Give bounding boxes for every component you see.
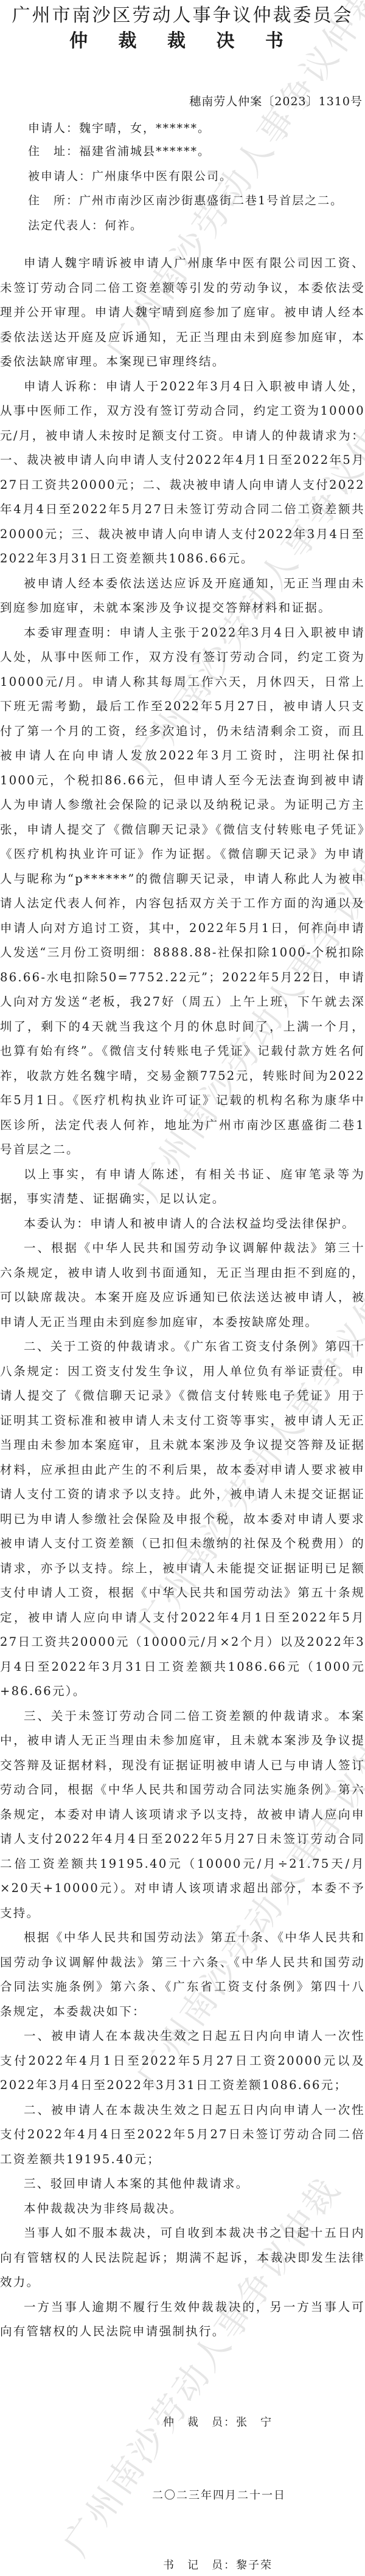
ruling-item-1: 一、被申请人在本裁决生效之日起五日内向申请人一次性支付2022年4月1日至202… <box>0 2024 365 2098</box>
paragraph-facts-confirmed: 以上事实，有申请人陈述，有相关书证、庭审笔录等为据，事实清楚、证据确实，足以认定… <box>0 1162 365 1212</box>
case-number: 穗南劳人仲案〔2023〕1310号 <box>189 94 363 109</box>
paragraph-appeal-notice: 当事人如不服本裁决，可自收到本裁决书之日起十五日内向有管辖权的人民法院起诉；期满… <box>0 2221 365 2295</box>
paragraph-legal-basis: 根据《中华人民共和国劳动法》第五十条、《中华人民共和国劳动争议调解仲裁法》第三十… <box>0 1925 365 2024</box>
ruling-item-2: 二、被申请人在本裁决生效之日起五日内向申请人一次性支付2022年4月4日至202… <box>0 2098 365 2172</box>
document-title: 仲 裁 裁 决 书 <box>0 28 365 55</box>
applicant-address: 住 址：福建省浦城县******。 <box>28 143 210 159</box>
respondent-address: 住 所：广州市南沙区南沙街惠盛街二巷1号首层之二。 <box>28 193 343 209</box>
paragraph-findings: 本委审理查明：申请人主张于2022年3月4日入职被申请人处，从事中医师工作，双方… <box>0 621 365 1162</box>
paragraph-non-final: 本仲裁裁决为非终局裁决。 <box>0 2197 365 2222</box>
respondent-info: 被申请人：广州康华中医有限公司。 <box>28 168 232 184</box>
paragraph-opinion-3: 三、关于未签订劳动合同二倍工资差额的仲裁请求。本案中，被申请人无正当理由未参加庭… <box>0 1704 365 1926</box>
paragraph-claims: 申请人诉称：申请人于2022年3月4日入职被申请人处，从事中医师工作，双方没有签… <box>0 375 365 571</box>
paragraph-opinion-1: 一、根据《中华人民共和国劳动争议调解仲裁法》第三十六条规定，被申请人收到书面通知… <box>0 1236 365 1335</box>
organization-title: 广州市南沙区劳动人事争议仲裁委员会 <box>0 4 365 28</box>
arbitrator-signature: 仲 裁 员：张 宁 <box>163 2414 273 2429</box>
paragraph-opinion-2: 二、关于工资的仲裁请求。《广东省工资支付条例》第四十八条规定：因工资支付发生争议… <box>0 1335 365 1704</box>
applicant-info: 申请人：魏宇晴，女，******。 <box>28 120 210 136</box>
paragraph-respondent-absence: 被申请人经本委依法送达应诉及开庭通知，无正当理由未到庭参加庭审，未就本案涉及争议… <box>0 571 365 621</box>
legal-representative: 法定代表人：何祚。 <box>28 218 143 233</box>
ruling-item-3: 三、驳回申请人本案的其他仲裁请求。 <box>0 2172 365 2197</box>
award-date: 二〇二三年四月二十一日 <box>152 2487 286 2502</box>
paragraph-enforcement-notice: 一方当事人逾期不履行生效仲裁裁决的，另一方当事人可向有管辖权的人民法院申请强制执… <box>0 2295 365 2344</box>
paragraph-opinion: 本委认为：申请人和被申请人的合法权益均受法律保护。 <box>0 1212 365 1237</box>
clerk-signature: 书 记 员：黎子荣 <box>163 2557 273 2572</box>
paragraph-intro: 申请人魏宇晴诉被申请人广州康华中医有限公司因工资、未签订劳动合同二倍工资差额等引… <box>0 251 365 375</box>
document-body: 申请人魏宇晴诉被申请人广州康华中医有限公司因工资、未签订劳动合同二倍工资差额等引… <box>0 251 365 2344</box>
